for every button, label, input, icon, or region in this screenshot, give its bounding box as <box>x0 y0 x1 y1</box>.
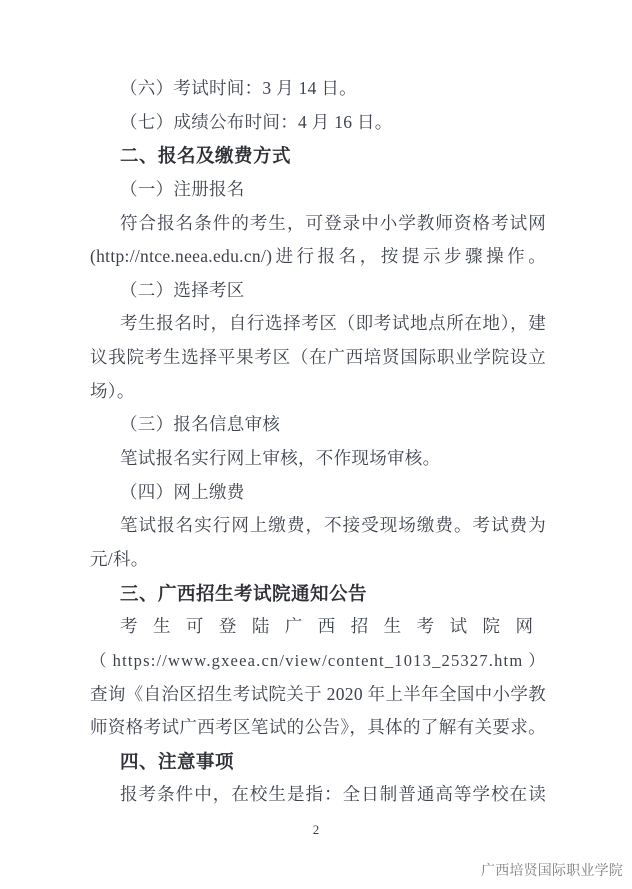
text-line: 笔试报名实行网上审核，不作现场审核。 <box>90 442 546 476</box>
exam-time-line: （六）考试时间：3 月 14 日。 <box>90 72 546 106</box>
text-line: 考生可登陆广西招生考试院网站 <box>90 610 546 644</box>
subsection-1-label: （一）注册报名 <box>90 173 546 207</box>
text-line: 报考条件中，在校生是指：全日制普通高等学校在读研 <box>90 778 546 812</box>
section-4-heading: 四、注意事项 <box>90 745 546 779</box>
text-line: 师资格考试广西考区笔试的公告》，具体的了解有关要求。 <box>90 711 546 745</box>
text-line: 考生报名时，自行选择考区（即考试地点所在地），建 <box>90 307 546 341</box>
watermark: 广西培贤国际职业学院 <box>481 860 623 880</box>
text-line: 场）。 <box>90 375 546 409</box>
section-2-heading: 二、报名及缴费方式 <box>90 139 546 173</box>
subsection-3-label: （三）报名信息审核 <box>90 408 546 442</box>
registration-url-line: (http://ntce.neea.edu.cn/)进行报名，按提示步骤操作。 <box>90 240 546 274</box>
text-line: 查询《自治区招生考试院关于 2020 年上半年全国中小学教 <box>90 678 546 712</box>
subsection-2-label: （二）选择考区 <box>90 274 546 308</box>
score-release-line: （七）成绩公布时间：4 月 16 日。 <box>90 106 546 140</box>
text-line: 元/科。 <box>90 543 546 577</box>
section-3-heading: 三、广西招生考试院通知公告 <box>90 577 546 611</box>
text-line: 笔试报名实行网上缴费，不接受现场缴费。考试费为 70 <box>90 509 546 543</box>
document-page: （六）考试时间：3 月 14 日。 （七）成绩公布时间：4 月 16 日。 二、… <box>0 0 632 889</box>
text-line: 符合报名条件的考生，可登录中小学教师资格考试网 <box>90 207 546 241</box>
page-number: 2 <box>0 822 632 838</box>
gxeea-url-line: （https://www.gxeea.cn/view/content_1013_… <box>90 644 546 678</box>
subsection-4-label: （四）网上缴费 <box>90 476 546 510</box>
text-line: 议我院考生选择平果考区（在广西培贤国际职业学院设立考 <box>90 341 546 375</box>
document-body: （六）考试时间：3 月 14 日。 （七）成绩公布时间：4 月 16 日。 二、… <box>90 72 546 812</box>
